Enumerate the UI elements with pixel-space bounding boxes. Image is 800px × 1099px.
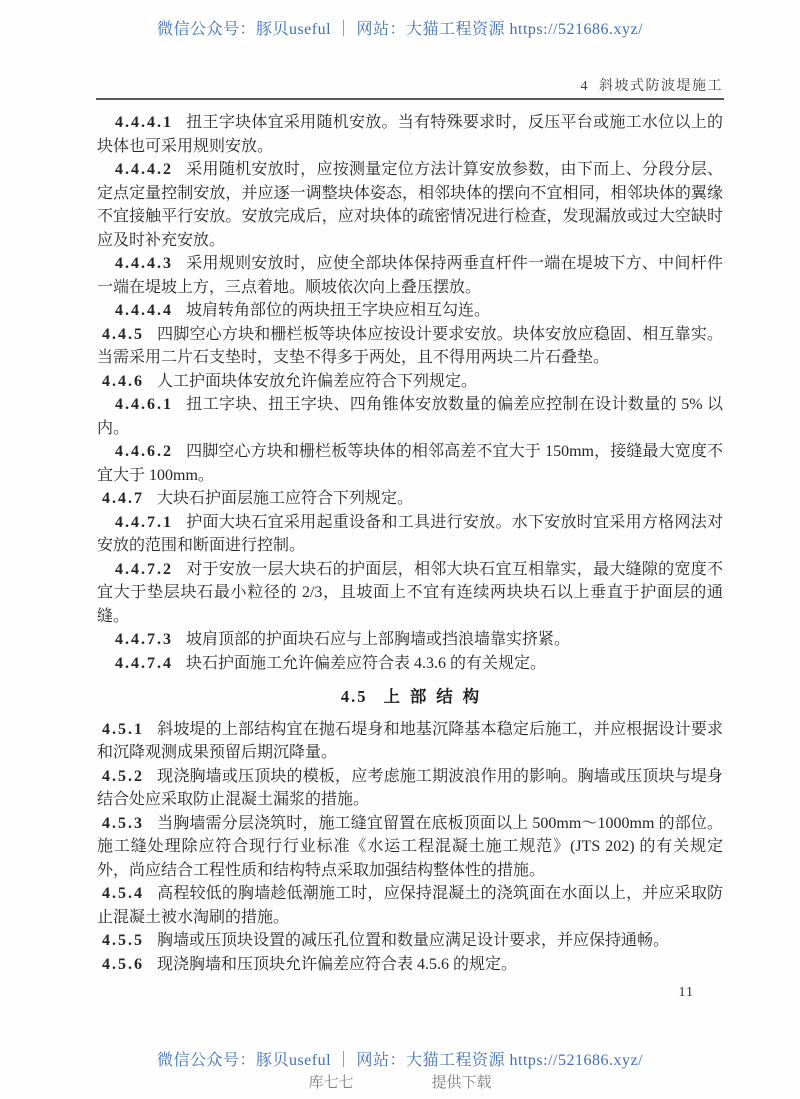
- clause-paragraph: 4.4.6人工护面块体安放允许偏差应符合下列规定。: [97, 370, 723, 394]
- clause-text: 胸墙或压顶块设置的减压孔位置和数量应满足设计要求，并应保持通畅。: [157, 932, 669, 949]
- clause-number: 4.4.7.2: [115, 561, 173, 578]
- clause-text: 扭工字块、扭王字块、四角锥体安放数量的偏差应控制在设计数量的 5% 以内。: [97, 396, 723, 437]
- clause-number: 4.4.7.4: [115, 655, 173, 672]
- clause-number: 4.4.7: [102, 490, 144, 507]
- clause-paragraph: 4.4.4.4坡肩转角部位的两块扭王字块应相互勾连。: [97, 299, 723, 323]
- credit-download: 提供下载: [432, 1071, 492, 1092]
- clause-text: 现浇胸墙或压顶块的模板，应考虑施工期波浪作用的影响。胸墙或压顶块与堤身结合处应采…: [97, 768, 723, 809]
- clause-number: 4.4.4.1: [115, 114, 173, 131]
- page-number: 11: [679, 985, 694, 1001]
- clause-number: 4.4.6.2: [115, 443, 173, 460]
- clause-number: 4.4.4.3: [115, 255, 173, 272]
- clause-text: 坡肩顶部的护面块石应与上部胸墙或挡浪墙靠实挤紧。: [186, 631, 570, 648]
- running-head-chapter-title: 斜坡式防波堤施工: [599, 79, 723, 94]
- clause-paragraph: 4.4.5四脚空心方块和栅栏板等块体应按设计要求安放。块体安放应稳固、相互靠实。…: [97, 323, 723, 370]
- clause-list-section-4-5: 4.5.1斜坡堤的上部结构宜在抛石堤身和地基沉降基本稳定后施工，并应根据设计要求…: [97, 718, 723, 977]
- credit-source: 库七七: [308, 1071, 353, 1092]
- clause-text: 四脚空心方块和栅栏板等块体应按设计要求安放。块体安放应稳固、相互靠实。当需采用二…: [97, 326, 723, 367]
- clause-number: 4.4.7.1: [115, 514, 173, 531]
- clause-number: 4.5.2: [102, 768, 144, 785]
- clause-text: 采用规则安放时，应使全部块体保持两垂直杆件一端在堤坡下方、中间杆件一端在堤坡上方…: [97, 255, 723, 296]
- clause-paragraph: 4.4.7.4块石护面施工允许偏差应符合表 4.3.6 的有关规定。: [97, 652, 723, 676]
- clause-paragraph: 4.5.1斜坡堤的上部结构宜在抛石堤身和地基沉降基本稳定后施工，并应根据设计要求…: [97, 718, 723, 765]
- clause-text: 高程较低的胸墙趁低潮施工时，应保持混凝土的浇筑面在水面以上，并应采取防止混凝土被…: [97, 885, 723, 926]
- clause-paragraph: 4.4.7大块石护面层施工应符合下列规定。: [97, 487, 723, 511]
- download-credits: 库七七 提供下载: [0, 1071, 800, 1092]
- clause-number: 4.4.4.4: [115, 302, 173, 319]
- clause-number: 4.4.7.3: [115, 631, 173, 648]
- clause-paragraph: 4.4.6.2四脚空心方块和栅栏板等块体的相邻高差不宜大于 150mm，接缝最大…: [97, 440, 723, 487]
- clause-paragraph: 4.5.6现浇胸墙和压顶块允许偏差应符合表 4.5.6 的规定。: [97, 953, 723, 977]
- clause-number: 4.5.4: [102, 885, 144, 902]
- clause-paragraph: 4.5.4高程较低的胸墙趁低潮施工时，应保持混凝土的浇筑面在水面以上，并应采取防…: [97, 882, 723, 929]
- clause-paragraph: 4.5.3当胸墙需分层浇筑时，施工缝宜留置在底板顶面以上 500mm～1000m…: [97, 812, 723, 883]
- clause-list-section-4-4: 4.4.4.1扭王字块体宜采用随机安放。当有特殊要求时，反压平台或施工水位以上的…: [97, 111, 723, 675]
- clause-text: 对于安放一层大块石的护面层，相邻大块石宜互相靠实，最大缝隙的宽度不宜大于垫层块石…: [97, 561, 723, 625]
- clause-text: 护面大块石宜采用起重设备和工具进行安放。水下安放时宜采用方格网法对安放的范围和断…: [97, 514, 723, 555]
- running-head: 4斜坡式防波堤施工: [97, 75, 723, 95]
- clause-text: 当胸墙需分层浇筑时，施工缝宜留置在底板顶面以上 500mm～1000mm 的部位…: [97, 815, 723, 879]
- clause-number: 4.5.1: [102, 721, 144, 738]
- clause-paragraph: 4.4.4.3采用规则安放时，应使全部块体保持两垂直杆件一端在堤坡下方、中间杆件…: [97, 252, 723, 299]
- clause-paragraph: 4.4.4.1扭王字块体宜采用随机安放。当有特殊要求时，反压平台或施工水位以上的…: [97, 111, 723, 158]
- clause-text: 坡肩转角部位的两块扭王字块应相互勾连。: [186, 302, 490, 319]
- clause-paragraph: 4.5.2现浇胸墙或压顶块的模板，应考虑施工期波浪作用的影响。胸墙或压顶块与堤身…: [97, 765, 723, 812]
- running-head-chapter-number: 4: [581, 79, 590, 94]
- clause-text: 斜坡堤的上部结构宜在抛石堤身和地基沉降基本稳定后施工，并应根据设计要求和沉降观测…: [97, 721, 723, 762]
- clause-number: 4.5.5: [102, 932, 144, 949]
- clause-paragraph: 4.4.7.1护面大块石宜采用起重设备和工具进行安放。水下安放时宜采用方格网法对…: [97, 511, 723, 558]
- clause-text: 四脚空心方块和栅栏板等块体的相邻高差不宜大于 150mm，接缝最大宽度不宜大于 …: [97, 443, 723, 484]
- document-body: 4.4.4.1扭王字块体宜采用随机安放。当有特殊要求时，反压平台或施工水位以上的…: [97, 111, 723, 976]
- section-heading-title: 上部结构: [383, 687, 489, 706]
- clause-paragraph: 4.4.7.2对于安放一层大块石的护面层，相邻大块石宜互相靠实，最大缝隙的宽度不…: [97, 558, 723, 629]
- clause-text: 现浇胸墙和压顶块允许偏差应符合表 4.5.6 的规定。: [157, 956, 517, 973]
- clause-paragraph: 4.4.6.1扭工字块、扭王字块、四角锥体安放数量的偏差应控制在设计数量的 5%…: [97, 393, 723, 440]
- section-heading: 4.5上部结构: [97, 685, 723, 709]
- clause-number: 4.4.5: [102, 326, 144, 343]
- clause-number: 4.5.3: [102, 815, 144, 832]
- clause-number: 4.4.4.2: [115, 161, 173, 178]
- clause-number: 4.4.6.1: [115, 396, 173, 413]
- document-page: 微信公众号：豚贝useful ｜ 网站：大猫工程资源 https://52168…: [0, 0, 800, 1099]
- section-heading-number: 4.5: [341, 687, 368, 706]
- watermark-banner-top: 微信公众号：豚贝useful ｜ 网站：大猫工程资源 https://52168…: [0, 16, 800, 39]
- clause-text: 人工护面块体安放允许偏差应符合下列规定。: [157, 373, 477, 390]
- clause-text: 大块石护面层施工应符合下列规定。: [157, 490, 413, 507]
- clause-number: 4.5.6: [102, 956, 144, 973]
- clause-paragraph: 4.5.5胸墙或压顶块设置的减压孔位置和数量应满足设计要求，并应保持通畅。: [97, 929, 723, 953]
- watermark-banner-bottom: 微信公众号：豚贝useful ｜ 网站：大猫工程资源 https://52168…: [0, 1047, 800, 1070]
- clause-text: 采用随机安放时，应按测量定位方法计算安放参数，由下而上、分段分层、定点定量控制安…: [97, 161, 723, 249]
- clause-paragraph: 4.4.4.2采用随机安放时，应按测量定位方法计算安放参数，由下而上、分段分层、…: [97, 158, 723, 252]
- clause-paragraph: 4.4.7.3坡肩顶部的护面块石应与上部胸墙或挡浪墙靠实挤紧。: [97, 628, 723, 652]
- clause-number: 4.4.6: [102, 373, 144, 390]
- header-rule: [96, 98, 724, 100]
- clause-text: 扭王字块体宜采用随机安放。当有特殊要求时，反压平台或施工水位以上的块体也可采用规…: [97, 114, 723, 155]
- clause-text: 块石护面施工允许偏差应符合表 4.3.6 的有关规定。: [186, 655, 546, 672]
